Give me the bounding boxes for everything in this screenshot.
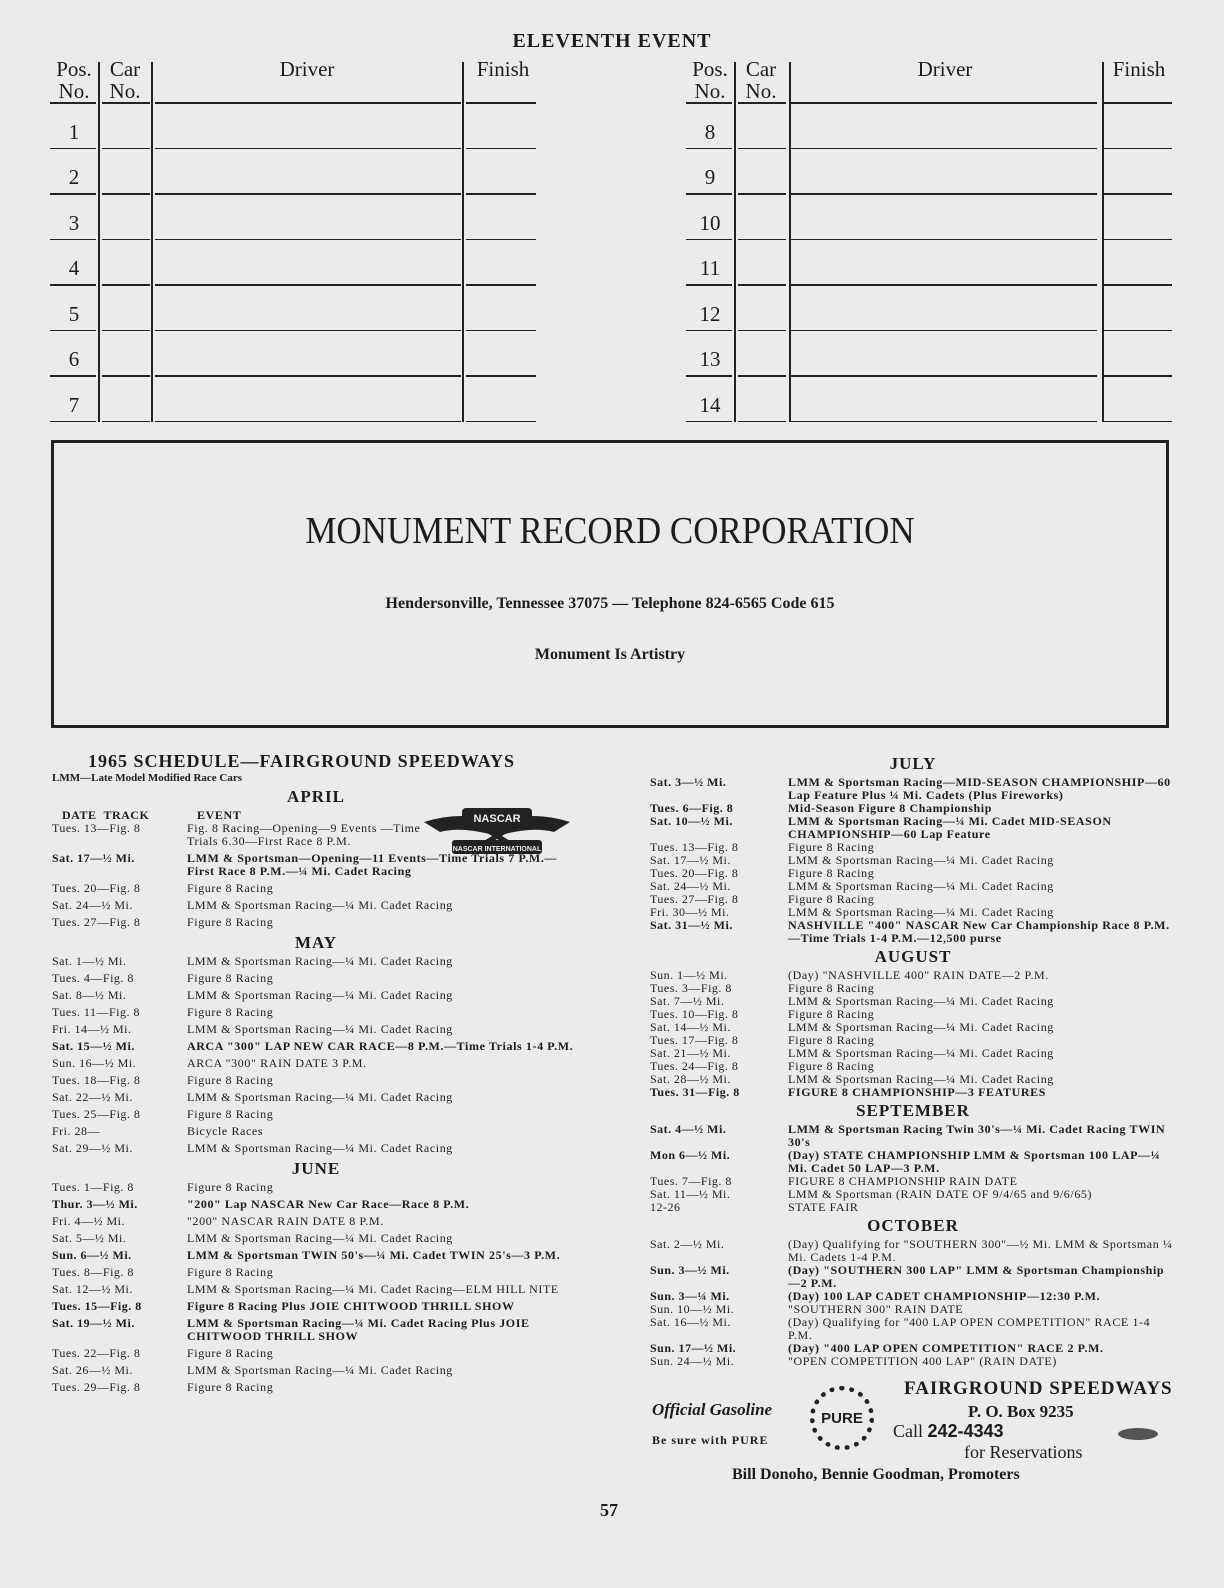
driver-header: Driver bbox=[790, 58, 1100, 80]
driver-entry-field[interactable] bbox=[155, 153, 461, 191]
schedule-row: 12-26STATE FAIR bbox=[650, 1201, 1176, 1214]
schedule-date: Sun. 3—½ Mi. bbox=[650, 1264, 788, 1290]
schedule-row: Sun. 3—½ Mi.(Day) "SOUTHERN 300 LAP" LMM… bbox=[650, 1264, 1176, 1290]
finish-header: Finish bbox=[468, 58, 538, 80]
schedule-date: Sat. 24—½ Mi. bbox=[52, 899, 187, 912]
position-number: 3 bbox=[50, 211, 98, 236]
schedule-event: LMM & Sportsman Racing Twin 30's—¼ Mi. C… bbox=[788, 1123, 1176, 1149]
schedule-row: Tues. 8—Fig. 8Figure 8 Racing bbox=[52, 1266, 580, 1279]
schedule-date: Tues. 22—Fig. 8 bbox=[52, 1347, 187, 1360]
phone-line: Call 242-4343 bbox=[893, 1421, 1004, 1442]
driver-entry-field[interactable] bbox=[155, 108, 461, 146]
schedule-event: Fig. 8 Racing—Opening—9 Events —Time Tri… bbox=[187, 822, 427, 848]
schedule-date: Sat. 12—½ Mi. bbox=[52, 1283, 187, 1296]
driver-entry-field[interactable] bbox=[155, 290, 461, 328]
svg-text:NASCAR INTERNATIONAL: NASCAR INTERNATIONAL bbox=[453, 846, 542, 853]
schedule-date: Tues. 18—Fig. 8 bbox=[52, 1074, 187, 1087]
schedule-row: Fri. 4—½ Mi."200" NASCAR RAIN DATE 8 P.M… bbox=[52, 1215, 580, 1228]
driver-entry-field[interactable] bbox=[791, 108, 1097, 146]
schedule-date: Sat. 10—½ Mi. bbox=[650, 815, 788, 841]
schedule-date: Sat. 19—½ Mi. bbox=[52, 1317, 187, 1343]
schedule-date: Sat. 8—½ Mi. bbox=[52, 989, 187, 1002]
position-number: 1 bbox=[50, 120, 98, 145]
nascar-international-logo: NASCAR NASCAR INTERNATIONAL bbox=[422, 800, 572, 860]
ad-company-name: MONUMENT RECORD CORPORATION bbox=[98, 509, 1121, 553]
schedule-row: Sun. 16—½ Mi.ARCA "300" RAIN DATE 3 P.M. bbox=[52, 1057, 580, 1070]
schedule-row: Tues. 20—Fig. 8Figure 8 Racing bbox=[52, 882, 580, 895]
promoters: Bill Donoho, Bennie Goodman, Promoters bbox=[732, 1466, 1020, 1484]
schedule-row: Tues. 27—Fig. 8Figure 8 Racing bbox=[52, 916, 580, 929]
schedule-event: (Day) "SOUTHERN 300 LAP" LMM & Sportsman… bbox=[788, 1264, 1176, 1290]
driver-entry-field[interactable] bbox=[791, 153, 1097, 191]
schedule-date: Fri. 14—½ Mi. bbox=[52, 1023, 187, 1036]
schedule-date: Sun. 24—½ Mi. bbox=[650, 1355, 788, 1368]
schedule-row: Sat. 11—½ Mi.LMM & Sportsman (RAIN DATE … bbox=[650, 1188, 1176, 1201]
schedule-row: Sat. 1—½ Mi.LMM & Sportsman Racing—¼ Mi.… bbox=[52, 955, 580, 968]
schedule-event: LMM & Sportsman Racing—¼ Mi. Cadet Racin… bbox=[187, 1023, 580, 1036]
position-number: 9 bbox=[686, 165, 734, 190]
schedule-event: (Day) STATE CHAMPIONSHIP LMM & Sportsman… bbox=[788, 1149, 1176, 1175]
schedule-date: Tues. 27—Fig. 8 bbox=[52, 916, 187, 929]
schedule-row: Thur. 3—½ Mi."200" Lap NASCAR New Car Ra… bbox=[52, 1198, 580, 1211]
car-header: CarNo. bbox=[736, 58, 786, 102]
schedule-row: Tues. 11—Fig. 8Figure 8 Racing bbox=[52, 1006, 580, 1019]
driver-entry-field[interactable] bbox=[155, 244, 461, 282]
schedule-row: Sat. 26—½ Mi.LMM & Sportsman Racing—¼ Mi… bbox=[52, 1364, 580, 1377]
schedule-date: Tues. 4—Fig. 8 bbox=[52, 972, 187, 985]
results-table-right: Pos.No. CarNo. Driver Finish 89101112131… bbox=[686, 58, 1176, 428]
schedule-event: (Day) Qualifying for "400 LAP OPEN COMPE… bbox=[788, 1316, 1176, 1342]
schedule-event: Figure 8 Racing Plus JOIE CHITWOOD THRIL… bbox=[187, 1300, 580, 1313]
schedule-date: Fri. 4—½ Mi. bbox=[52, 1215, 187, 1228]
schedule-date: Sat. 29—½ Mi. bbox=[52, 1142, 187, 1155]
schedule-row: Fri. 14—½ Mi.LMM & Sportsman Racing—¼ Mi… bbox=[52, 1023, 580, 1036]
ad-tagline: Monument Is Artistry bbox=[54, 646, 1166, 664]
schedule-event: Figure 8 Racing bbox=[187, 1181, 580, 1194]
schedule-event: Figure 8 Racing bbox=[187, 1006, 580, 1019]
position-number: 10 bbox=[686, 211, 734, 236]
schedule-event: LMM & Sportsman Racing—¼ Mi. Cadet Racin… bbox=[187, 989, 580, 1002]
schedule-date: Sun. 6—½ Mi. bbox=[52, 1249, 187, 1262]
schedule-event: LMM & Sportsman Racing—¼ Mi. Cadet Racin… bbox=[187, 1364, 580, 1377]
page-number: 57 bbox=[600, 1500, 618, 1521]
schedule-date: Tues. 25—Fig. 8 bbox=[52, 1108, 187, 1121]
pure-slogan: Be sure with PURE bbox=[652, 1433, 768, 1448]
schedule-event: STATE FAIR bbox=[788, 1201, 1176, 1214]
schedule-row: Sat. 29—½ Mi.LMM & Sportsman Racing—¼ Mi… bbox=[52, 1142, 580, 1155]
schedule-date: Sat. 31—½ Mi. bbox=[650, 919, 788, 945]
schedule-row: Tues. 18—Fig. 8Figure 8 Racing bbox=[52, 1074, 580, 1087]
schedule-date: Sat. 16—½ Mi. bbox=[650, 1316, 788, 1342]
schedule-date: Mon 6—½ Mi. bbox=[650, 1149, 788, 1175]
schedule-date: Sat. 15—½ Mi. bbox=[52, 1040, 187, 1053]
month-heading: AUGUST bbox=[650, 947, 1176, 966]
schedule-row: Tues. 31—Fig. 8FIGURE 8 CHAMPIONSHIP—3 F… bbox=[650, 1086, 1176, 1099]
schedule-event: LMM & Sportsman TWIN 50's—¼ Mi. Cadet TW… bbox=[187, 1249, 580, 1262]
schedule-date: Tues. 8—Fig. 8 bbox=[52, 1266, 187, 1279]
month-heading: JULY bbox=[650, 754, 1176, 773]
reservations-label: for Reservations bbox=[964, 1442, 1082, 1463]
schedule-date: Sat. 1—½ Mi. bbox=[52, 955, 187, 968]
schedule-row: Sat. 4—½ Mi.LMM & Sportsman Racing Twin … bbox=[650, 1123, 1176, 1149]
ad-address: Hendersonville, Tennessee 37075 — Teleph… bbox=[54, 595, 1166, 613]
schedule-event: Figure 8 Racing bbox=[187, 972, 580, 985]
schedule-event: Figure 8 Racing bbox=[187, 1266, 580, 1279]
schedule-event: ARCA "300" LAP NEW CAR RACE—8 P.M.—Time … bbox=[187, 1040, 580, 1053]
pos-header: Pos.No. bbox=[686, 58, 734, 102]
schedule-date: 12-26 bbox=[650, 1201, 788, 1214]
schedule-date: Tues. 31—Fig. 8 bbox=[650, 1086, 788, 1099]
schedule-event: Figure 8 Racing bbox=[187, 1074, 580, 1087]
schedule-row: Sat. 19—½ Mi.LMM & Sportsman Racing—¼ Mi… bbox=[52, 1317, 580, 1343]
month-heading: JUNE bbox=[52, 1159, 580, 1178]
schedule-date: Sun. 16—½ Mi. bbox=[52, 1057, 187, 1070]
schedule-row: Tues. 29—Fig. 8Figure 8 Racing bbox=[52, 1381, 580, 1394]
schedule-row: Sun. 24—½ Mi."OPEN COMPETITION 400 LAP" … bbox=[650, 1355, 1176, 1368]
po-box: P. O. Box 9235 bbox=[968, 1402, 1074, 1422]
schedule-row: Sun. 6—½ Mi.LMM & Sportsman TWIN 50's—¼ … bbox=[52, 1249, 580, 1262]
driver-entry-field[interactable] bbox=[791, 335, 1097, 373]
schedule-row: Sat. 12—½ Mi.LMM & Sportsman Racing—¼ Mi… bbox=[52, 1283, 580, 1296]
schedule-row: Sat. 8—½ Mi.LMM & Sportsman Racing—¼ Mi.… bbox=[52, 989, 580, 1002]
schedule-row: Tues. 4—Fig. 8Figure 8 Racing bbox=[52, 972, 580, 985]
position-number: 11 bbox=[686, 256, 734, 281]
schedule-event: LMM & Sportsman Racing—¼ Mi. Cadet Racin… bbox=[187, 1142, 580, 1155]
event-title: ELEVENTH EVENT bbox=[0, 30, 1224, 53]
schedule-event: Figure 8 Racing bbox=[187, 1381, 580, 1394]
position-number: 2 bbox=[50, 165, 98, 190]
schedule-event: LMM & Sportsman Racing—¼ Mi. Cadet Racin… bbox=[187, 899, 580, 912]
schedule-row: Sat. 22—½ Mi.LMM & Sportsman Racing—¼ Mi… bbox=[52, 1091, 580, 1104]
schedule-row: Tues. 25—Fig. 8Figure 8 Racing bbox=[52, 1108, 580, 1121]
schedule-event: "200" NASCAR RAIN DATE 8 P.M. bbox=[187, 1215, 580, 1228]
schedule-row: Sat. 31—½ Mi.NASHVILLE "400" NASCAR New … bbox=[650, 919, 1176, 945]
driver-header: Driver bbox=[152, 58, 462, 80]
position-number: 13 bbox=[686, 347, 734, 372]
month-heading: OCTOBER bbox=[650, 1216, 1176, 1235]
finish-header: Finish bbox=[1104, 58, 1174, 80]
schedule-row: Tues. 22—Fig. 8Figure 8 Racing bbox=[52, 1347, 580, 1360]
driver-entry-field[interactable] bbox=[155, 335, 461, 373]
driver-entry-field[interactable] bbox=[155, 381, 461, 419]
schedule-event: NASHVILLE "400" NASCAR New Car Champions… bbox=[788, 919, 1176, 945]
schedule-date: Tues. 1—Fig. 8 bbox=[52, 1181, 187, 1194]
schedule-date: Fri. 28— bbox=[52, 1125, 187, 1138]
position-number: 7 bbox=[50, 393, 98, 418]
driver-entry-field[interactable] bbox=[155, 199, 461, 237]
schedule-event: "OPEN COMPETITION 400 LAP" (RAIN DATE) bbox=[788, 1355, 1176, 1368]
schedule-event: LMM & Sportsman Racing—¼ Mi. Cadet Racin… bbox=[187, 1317, 580, 1343]
decorative-emblem-icon bbox=[1118, 1428, 1158, 1440]
schedule-date: Thur. 3—½ Mi. bbox=[52, 1198, 187, 1211]
schedule-row: Sat. 10—½ Mi.LMM & Sportsman Racing—¼ Mi… bbox=[650, 815, 1176, 841]
schedule-event: LMM & Sportsman Racing—¼ Mi. Cadet MID-S… bbox=[788, 815, 1176, 841]
schedule-event: LMM & Sportsman Racing—¼ Mi. Cadet Racin… bbox=[187, 1283, 580, 1296]
schedule-row: Fri. 28—Bicycle Races bbox=[52, 1125, 580, 1138]
schedule-legend: LMM—Late Model Modified Race Cars bbox=[52, 772, 580, 785]
pos-header: Pos.No. bbox=[50, 58, 98, 102]
driver-entry-field[interactable] bbox=[791, 244, 1097, 282]
position-number: 5 bbox=[50, 302, 98, 327]
position-number: 12 bbox=[686, 302, 734, 327]
schedule-event: Figure 8 Racing bbox=[187, 1108, 580, 1121]
schedule-event: LMM & Sportsman Racing—¼ Mi. Cadet Racin… bbox=[187, 1232, 580, 1245]
schedule-row: Tues. 15—Fig. 8Figure 8 Racing Plus JOIE… bbox=[52, 1300, 580, 1313]
schedule-row: Sat. 16—½ Mi.(Day) Qualifying for "400 L… bbox=[650, 1316, 1176, 1342]
schedule-row: Mon 6—½ Mi.(Day) STATE CHAMPIONSHIP LMM … bbox=[650, 1149, 1176, 1175]
schedule-row: Sat. 3—½ Mi.LMM & Sportsman Racing—MID-S… bbox=[650, 776, 1176, 802]
schedule-date: Sat. 4—½ Mi. bbox=[650, 1123, 788, 1149]
position-number: 8 bbox=[686, 120, 734, 145]
schedule-event: Figure 8 Racing bbox=[187, 916, 580, 929]
schedule-date: Sat. 17—½ Mi. bbox=[52, 852, 187, 878]
schedule-date: Tues. 29—Fig. 8 bbox=[52, 1381, 187, 1394]
schedule-row: Tues. 1—Fig. 8Figure 8 Racing bbox=[52, 1181, 580, 1194]
schedule-event: Figure 8 Racing bbox=[187, 882, 580, 895]
phone-number: 242-4343 bbox=[928, 1421, 1004, 1441]
schedule-date: Sat. 22—½ Mi. bbox=[52, 1091, 187, 1104]
car-header: CarNo. bbox=[100, 58, 150, 102]
driver-entry-field[interactable] bbox=[791, 381, 1097, 419]
schedule-event: (Day) Qualifying for "SOUTHERN 300"—½ Mi… bbox=[788, 1238, 1176, 1264]
position-number: 6 bbox=[50, 347, 98, 372]
schedule-event: "200" Lap NASCAR New Car Race—Race 8 P.M… bbox=[187, 1198, 580, 1211]
schedule-date: Tues. 11—Fig. 8 bbox=[52, 1006, 187, 1019]
month-heading: MAY bbox=[52, 933, 580, 952]
schedule-row: Sat. 2—½ Mi.(Day) Qualifying for "SOUTHE… bbox=[650, 1238, 1176, 1264]
schedule-row: Sat. 24—½ Mi.LMM & Sportsman Racing—¼ Mi… bbox=[52, 899, 580, 912]
schedule-row: Sat. 15—½ Mi.ARCA "300" LAP NEW CAR RACE… bbox=[52, 1040, 580, 1053]
schedule-date: Sat. 26—½ Mi. bbox=[52, 1364, 187, 1377]
driver-entry-field[interactable] bbox=[791, 290, 1097, 328]
schedule-row: Sat. 5—½ Mi.LMM & Sportsman Racing—¼ Mi.… bbox=[52, 1232, 580, 1245]
results-table-left: Pos.No. CarNo. Driver Finish 1234567 bbox=[50, 58, 540, 428]
driver-entry-field[interactable] bbox=[791, 199, 1097, 237]
schedule-date: Tues. 13—Fig. 8 bbox=[52, 822, 187, 848]
schedule-event: LMM & Sportsman Racing—¼ Mi. Cadet Racin… bbox=[187, 1091, 580, 1104]
schedule-date: Sat. 3—½ Mi. bbox=[650, 776, 788, 802]
schedule-event: Bicycle Races bbox=[187, 1125, 580, 1138]
position-number: 14 bbox=[686, 393, 734, 418]
schedule-event: LMM & Sportsman Racing—¼ Mi. Cadet Racin… bbox=[187, 955, 580, 968]
schedule-event: LMM & Sportsman Racing—MID-SEASON CHAMPI… bbox=[788, 776, 1176, 802]
schedule-date: Sat. 5—½ Mi. bbox=[52, 1232, 187, 1245]
schedule-event: ARCA "300" RAIN DATE 3 P.M. bbox=[187, 1057, 580, 1070]
schedule-date: Tues. 20—Fig. 8 bbox=[52, 882, 187, 895]
schedule-date: Sat. 2—½ Mi. bbox=[650, 1238, 788, 1264]
month-heading: SEPTEMBER bbox=[650, 1101, 1176, 1120]
schedule-event: FIGURE 8 CHAMPIONSHIP—3 FEATURES bbox=[788, 1086, 1176, 1099]
schedule-title: 1965 SCHEDULE—FAIRGROUND SPEEDWAYS bbox=[88, 755, 580, 768]
monument-ad: MONUMENT RECORD CORPORATION Hendersonvil… bbox=[51, 440, 1169, 728]
schedule-date: Tues. 15—Fig. 8 bbox=[52, 1300, 187, 1313]
schedule-event: Figure 8 Racing bbox=[187, 1347, 580, 1360]
speedway-name: FAIRGROUND SPEEDWAYS bbox=[904, 1378, 1173, 1400]
position-number: 4 bbox=[50, 256, 98, 281]
pure-oil-logo: PURE bbox=[810, 1386, 874, 1450]
official-gasoline-label: Official Gasoline bbox=[652, 1400, 772, 1420]
schedule-right-column: JULYSat. 3—½ Mi.LMM & Sportsman Racing—M… bbox=[650, 752, 1176, 1368]
